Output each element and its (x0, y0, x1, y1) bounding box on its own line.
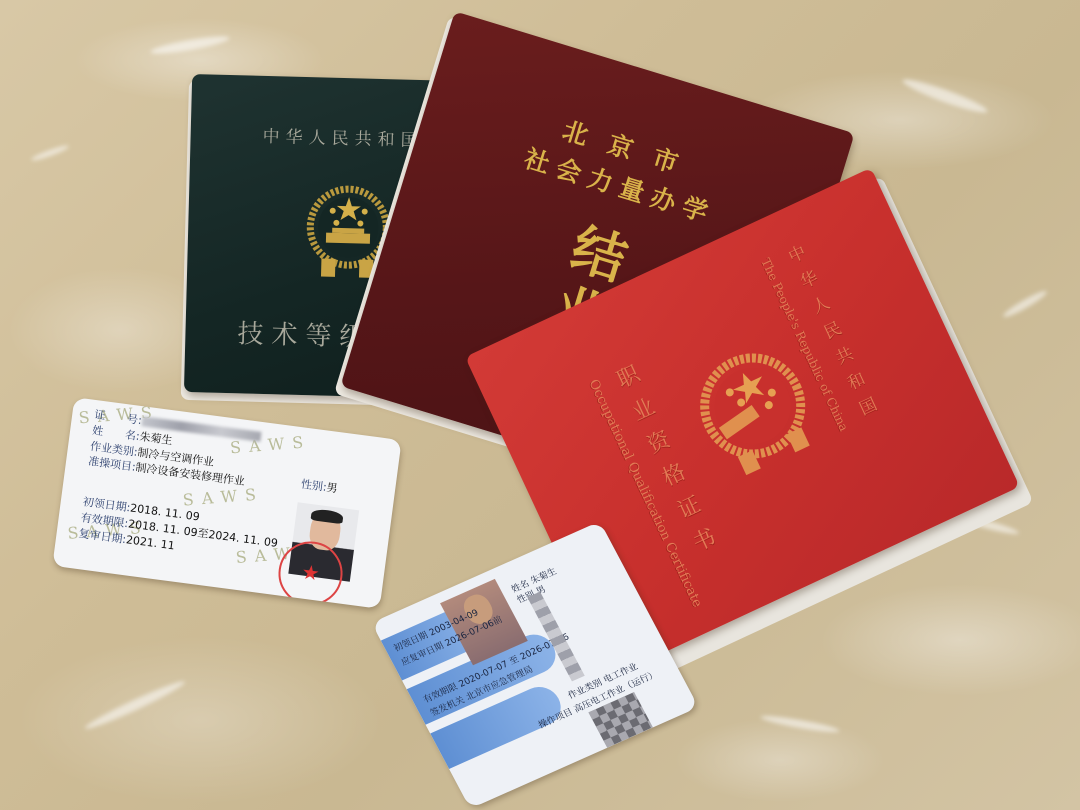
plastic-glint (760, 713, 840, 735)
plastic-glint (901, 75, 990, 117)
plastic-glint (150, 33, 231, 57)
plastic-glint (30, 143, 70, 162)
field-gender: 性别:男 (300, 476, 338, 497)
plastic-glint (83, 677, 187, 733)
plastic-glint (1001, 288, 1048, 320)
special-operations-card: SAWS SAWS SAWS SAWS SAWS 证 号: 姓 名:朱菊生 作业… (52, 397, 401, 609)
